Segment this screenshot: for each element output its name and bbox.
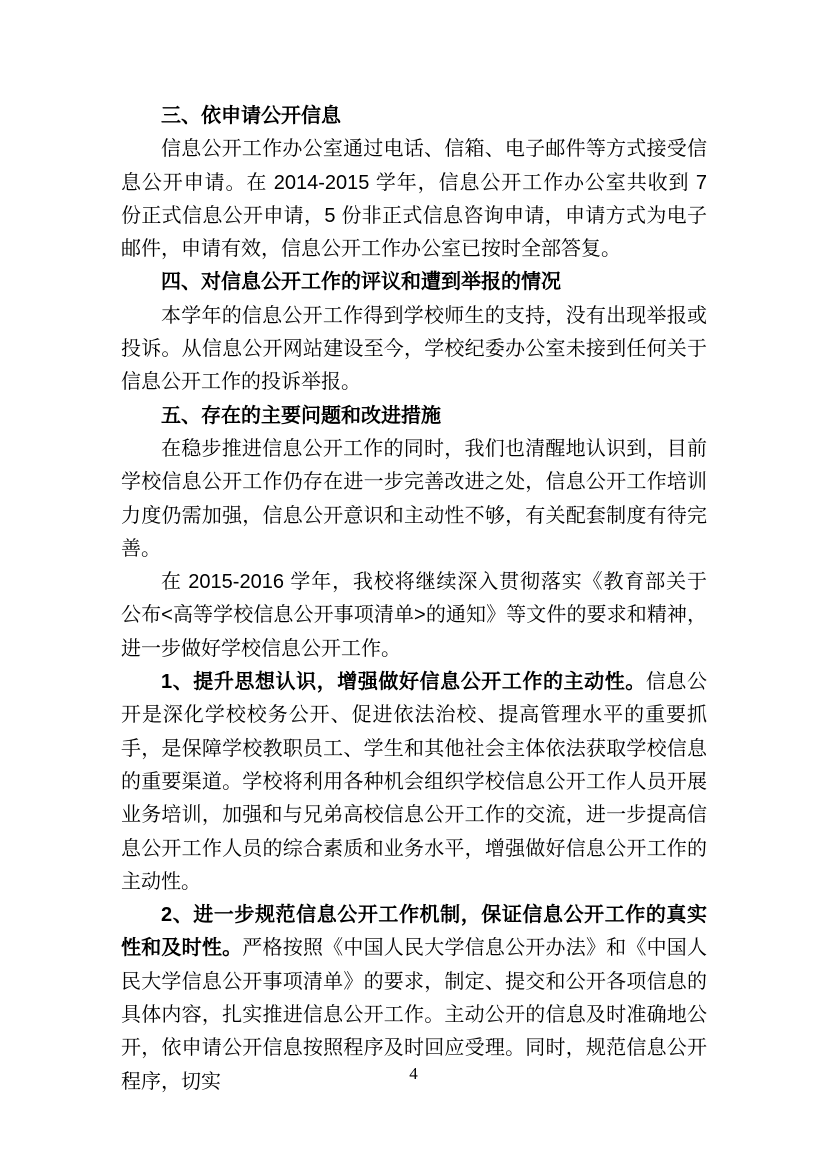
- paragraph-evaluation-complaints: 本学年的信息公开工作得到学校师生的支持，没有出现举报或投诉。从信息公开网站建设至…: [121, 300, 707, 400]
- paragraph-item-1: 1、提升思想认识，增强做好信息公开工作的主动性。信息公开是深化学校校务公开、促进…: [121, 666, 707, 899]
- paragraph-problems: 在稳步推进信息公开工作的同时，我们也清醒地认识到，目前学校信息公开工作仍存在进一…: [121, 433, 707, 566]
- section-heading-4: 四、对信息公开工作的评议和遭到举报的情况: [121, 266, 707, 299]
- document-body: 三、依申请公开信息 信息公开工作办公室通过电话、信箱、电子邮件等方式接受信息公开…: [121, 100, 707, 1099]
- section-heading-5: 五、存在的主要问题和改进措施: [121, 400, 707, 433]
- document-page: 三、依申请公开信息 信息公开工作办公室通过电话、信箱、电子邮件等方式接受信息公开…: [0, 0, 827, 1170]
- item-1-lead: 1、提升思想认识，增强做好信息公开工作的主动性。: [161, 671, 646, 693]
- item-1-body: 信息公开是深化学校校务公开、促进依法治校、提高管理水平的重要抓手，是保障学校教职…: [121, 671, 707, 893]
- page-number: 4: [0, 1064, 827, 1084]
- section-heading-3: 三、依申请公开信息: [121, 100, 707, 133]
- paragraph-next-year-plan: 在 2015-2016 学年，我校将继续深入贯彻落实《教育部关于公布<高等学校信…: [121, 566, 707, 666]
- paragraph-requested-disclosure: 信息公开工作办公室通过电话、信箱、电子邮件等方式接受信息公开申请。在 2014-…: [121, 133, 707, 266]
